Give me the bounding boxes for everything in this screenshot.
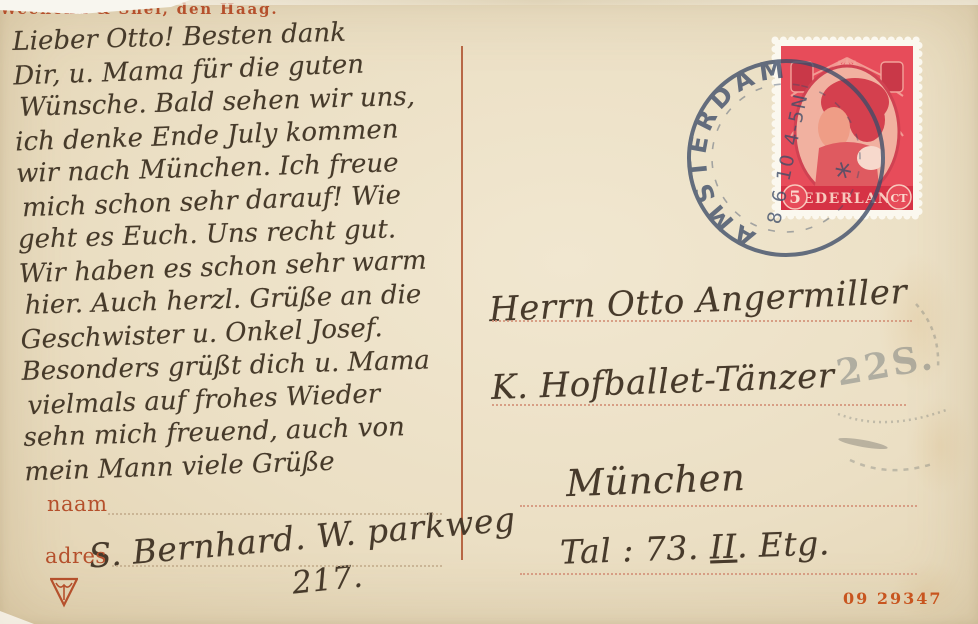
address-street: Tal : 73. II. Etg. — [559, 523, 830, 571]
postmark-star-icon: * — [828, 159, 871, 184]
scan-edge-bottom-left — [0, 611, 34, 624]
serial-number: 09 29347 — [843, 589, 943, 608]
address-occupation: K. Hofballet-Tänzer — [490, 356, 835, 408]
transit-postmark-arcs — [824, 296, 974, 486]
naam-label: naam — [47, 492, 107, 516]
publisher-logo — [50, 576, 78, 608]
postmark-date: 8 6 10 4-5N — [763, 91, 812, 226]
adres-label: adres — [45, 544, 107, 568]
postmark: AMSTERDAM 8 6 10 4-5N * — [680, 52, 892, 264]
address-dotted-line — [520, 573, 917, 575]
postcard-back: Lieber Otto! Besten dank Dir, u. Mama fü… — [0, 0, 978, 624]
floor-suffix: . Etg. — [736, 523, 830, 565]
street-number: Tal : 73. — [559, 527, 710, 571]
naam-dotted-line — [108, 513, 442, 515]
floor-numeral: II — [709, 527, 737, 567]
stamp-unit: CT — [891, 192, 909, 205]
address-dotted-line — [520, 505, 917, 507]
address-city: München — [565, 456, 746, 505]
handwritten-message: Lieber Otto! Besten dank Dir, u. Mama fü… — [12, 12, 515, 488]
adres-dotted-line — [112, 565, 442, 567]
